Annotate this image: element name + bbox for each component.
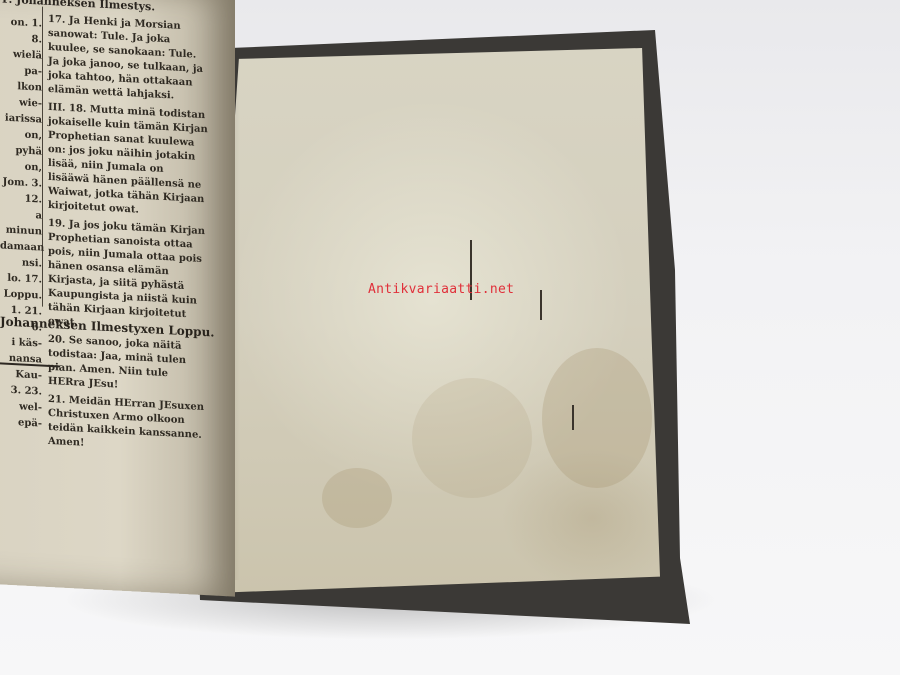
water-stain (322, 468, 392, 528)
water-stain (412, 378, 532, 498)
printed-page-left: P. Johanneksen Ilmestys. on. 1. 8. wielä… (0, 0, 235, 597)
inside-cover-endpaper (212, 48, 660, 593)
verse-column: 17. Ja Henki ja Morsian sanowat: Tule. J… (48, 13, 208, 461)
watermark: Antikvariaatti.net (368, 282, 514, 297)
water-stain (542, 348, 652, 488)
verse: 21. Meidän HErran JEsuxen Christuxen Arm… (48, 393, 208, 457)
verse: 17. Ja Henki ja Morsian sanowat: Tule. J… (48, 13, 208, 105)
left-margin-column: on. 1. 8. wielä pa- lkon wie- iarissa on… (0, 14, 42, 432)
book-photo: P. Johanneksen Ilmestys. on. 1. 8. wielä… (0, 0, 900, 675)
verse: 20. Se sanoo, joka näitä todistaa: Jaa, … (48, 333, 208, 397)
paper-mark (572, 405, 574, 430)
column-rule (42, 7, 43, 307)
page-header: P. Johanneksen Ilmestys. (2, 0, 155, 13)
verse: III. 18. Mutta minä todistan jokaiselle … (48, 101, 208, 221)
paper-mark (540, 290, 542, 320)
